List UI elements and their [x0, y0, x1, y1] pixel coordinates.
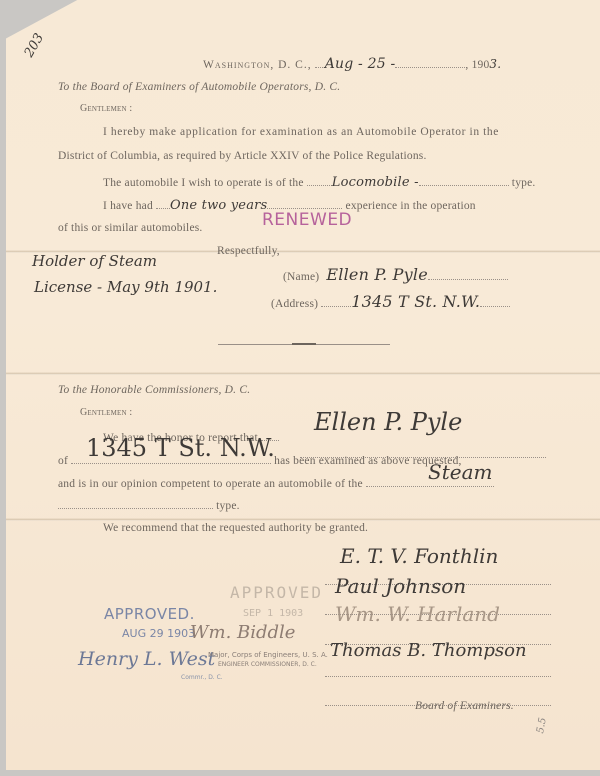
report-type-handwritten: Steam	[428, 460, 492, 484]
examiner-signature-4: Thomas B. Thompson	[330, 640, 527, 661]
closing-line: of this or similar automobiles.	[58, 222, 203, 234]
applicant-address-handwritten: 1345 T St. N.W.	[351, 292, 480, 311]
examiner-signature-1: E. T. V. Fonthlin	[340, 544, 498, 568]
report-name-handwritten: Ellen P. Pyle	[314, 408, 462, 436]
year-prefix: 190	[472, 59, 490, 71]
board-of-examiners-label: Board of Examiners.	[415, 700, 514, 712]
application-para-line1: I hereby make application for examinatio…	[103, 126, 499, 138]
approved-stamp-blue: APPROVED.	[104, 605, 195, 623]
commissioner-signature-west: Henry L. West	[78, 648, 215, 670]
vehicle-type-line: The automobile I wish to operate is of t…	[103, 175, 535, 190]
commissioner-label: Commr., D. C.	[181, 674, 223, 681]
commissioner-signature-biddle: Wm. Biddle	[190, 622, 295, 643]
place-label: Washington, D. C.,	[203, 59, 312, 71]
application-addressee: To the Board of Examiners of Automobile …	[58, 81, 340, 93]
applicant-name-handwritten: Ellen P. Pyle	[326, 265, 427, 284]
approved-stamp-blue-date: AUG 29 1903	[122, 627, 195, 640]
recommendation-text: We recommend that the requested authorit…	[103, 522, 368, 534]
approved-stamp-faint: APPROVED	[230, 583, 323, 602]
report-salutation: Gentlemen :	[80, 407, 132, 418]
examiner-signature-3: Wm. W. Harland	[335, 602, 500, 626]
application-salutation: Gentlemen :	[80, 103, 132, 114]
side-note-line2: License - May 9th 1901.	[34, 278, 217, 296]
examiner-signature-2: Paul Johnson	[335, 574, 466, 598]
approved-stamp-faint-date: SEP 1 1903	[243, 608, 303, 619]
engineer-stamp-line1: Major, Corps of Engineers, U. S. A.	[208, 651, 328, 659]
year-handwritten: 3.	[489, 57, 501, 71]
respectfully-label: Respectfully,	[217, 245, 280, 257]
applicant-name-line: (Name) Ellen P. Pyle	[283, 265, 508, 284]
fold-line	[6, 372, 600, 375]
report-addressee: To the Honorable Commissioners, D. C.	[58, 384, 250, 396]
fold-line	[6, 518, 600, 521]
report-address-handwritten: 1345 T St. N.W.	[86, 434, 275, 462]
engineer-stamp-line2: ENGINEER COMMISSIONER, D. C.	[218, 661, 317, 668]
report-type-line: type.	[58, 500, 240, 512]
section-divider-accent	[292, 343, 316, 345]
renewed-stamp: RENEWED	[262, 210, 352, 230]
application-para-line2: District of Columbia, as required by Art…	[58, 150, 427, 162]
vehicle-type-handwritten: Locomobile -	[332, 175, 419, 190]
side-note-line1: Holder of Steam	[32, 252, 157, 270]
date-line: Washington, D. C., Aug - 25 -, 1903.	[203, 56, 501, 72]
applicant-address-line: (Address) 1345 T St. N.W.	[271, 292, 510, 311]
date-handwritten: Aug - 25 -	[325, 56, 396, 72]
experience-handwritten: One two years	[170, 198, 267, 213]
